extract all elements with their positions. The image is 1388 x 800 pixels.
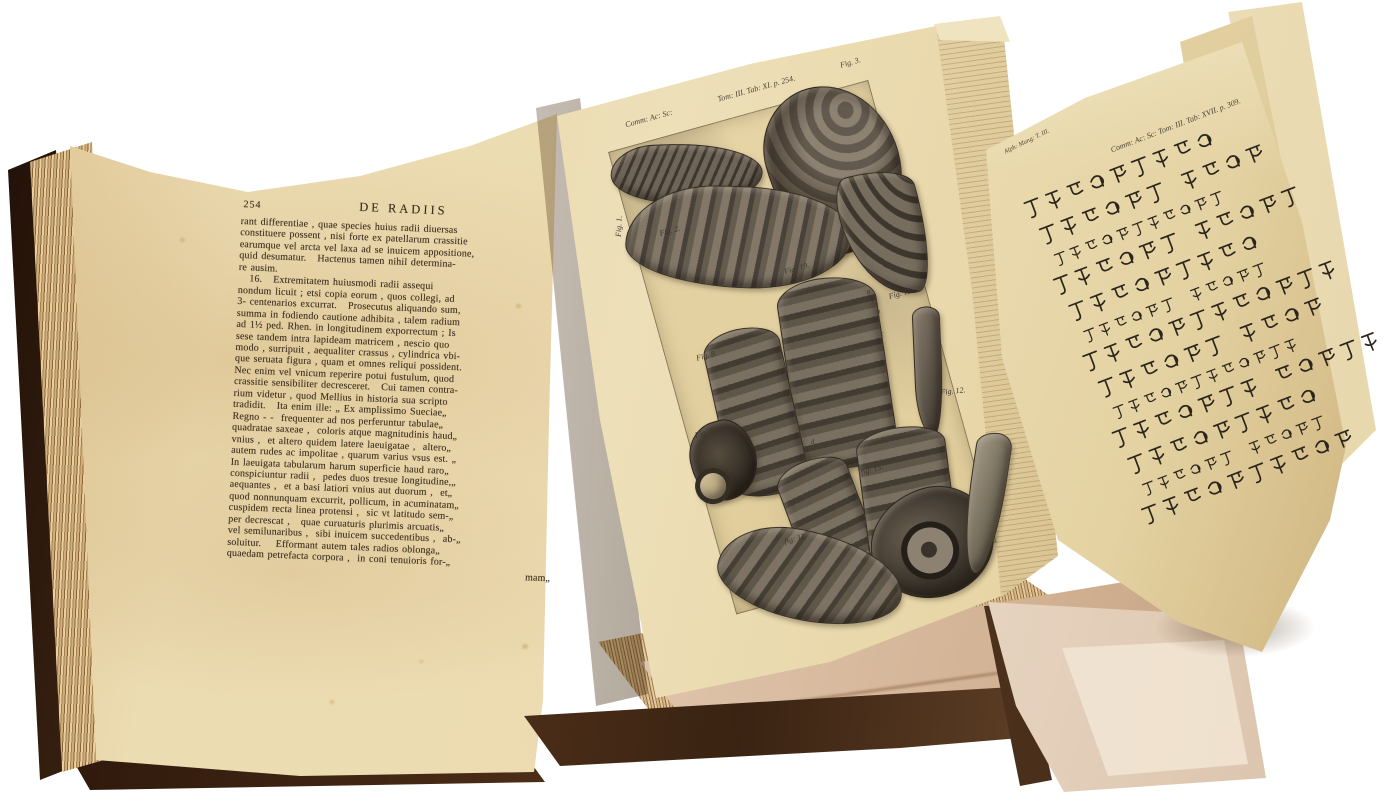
foxing-spot bbox=[522, 644, 528, 649]
fossil-illustration bbox=[911, 306, 945, 437]
point-label: b bbox=[875, 307, 881, 316]
latin-text-block: 254 DE RADIIS rant differentiae , quae s… bbox=[226, 192, 566, 584]
snail-whorl bbox=[894, 515, 965, 586]
book-photograph: 254 DE RADIIS rant differentiae , quae s… bbox=[0, 0, 1388, 800]
foxing-spot bbox=[420, 660, 423, 663]
foxing-spot bbox=[180, 238, 185, 242]
foxing-spot bbox=[330, 700, 334, 704]
latin-body-text: rant differentiae , quae species huius r… bbox=[226, 216, 565, 584]
figure-label: Fig. 1. bbox=[614, 216, 624, 237]
page-number: 254 bbox=[243, 199, 261, 211]
snail-whorl-center bbox=[919, 540, 939, 560]
